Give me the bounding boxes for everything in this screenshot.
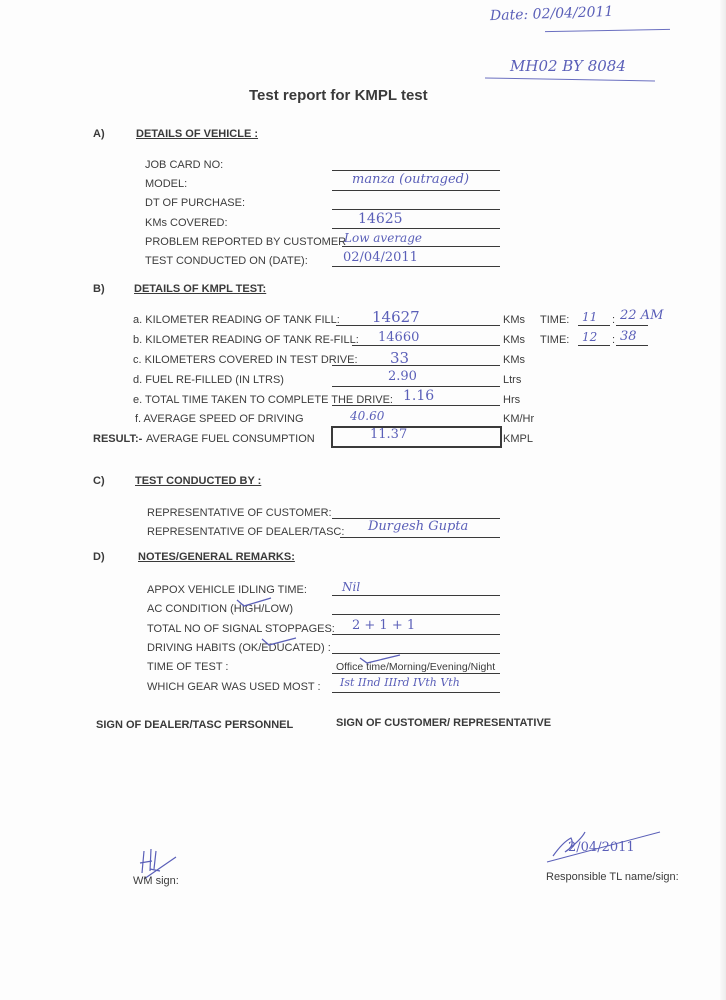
- tank-fill-hh-field[interactable]: [578, 325, 610, 326]
- result-box[interactable]: [331, 426, 502, 448]
- dealer-rep-value: Durgesh Gupta: [368, 519, 468, 534]
- avg-speed-value: 40.60: [350, 409, 384, 423]
- tank-fill-field[interactable]: [336, 325, 500, 326]
- tank-fill-time-label: TIME:: [540, 314, 569, 326]
- model-label: MODEL:: [145, 178, 187, 190]
- tank-fill-unit: KMs: [503, 314, 525, 326]
- result-value: 11.37: [370, 427, 407, 442]
- reg-underline: [485, 78, 655, 82]
- model-value: manza (outraged): [352, 172, 469, 187]
- kms-covered-value: 14625: [358, 211, 403, 227]
- km-covered-field[interactable]: [332, 365, 500, 366]
- section-b-letter: B): [93, 283, 105, 295]
- handwritten-vehicle-reg: MH02 BY 8084: [510, 57, 626, 75]
- test-date-value: 02/04/2011: [343, 250, 418, 265]
- time-colon: :: [612, 334, 615, 346]
- tank-refill-value: 14660: [378, 330, 419, 345]
- job-card-label: JOB CARD NO:: [145, 159, 223, 171]
- handwritten-date: Date: 02/04/2011: [490, 4, 614, 24]
- section-c-letter: C): [93, 475, 105, 487]
- customer-rep-label: REPRESENTATIVE OF CUSTOMER:: [147, 507, 332, 519]
- tank-refill-field[interactable]: [352, 345, 500, 346]
- purchase-date-field[interactable]: [332, 209, 500, 210]
- avg-speed-unit: KM/Hr: [503, 413, 534, 425]
- fuel-refilled-unit: Ltrs: [503, 374, 521, 386]
- section-a-letter: A): [93, 128, 105, 140]
- problem-label: PROBLEM REPORTED BY CUSTOMER: [145, 236, 346, 248]
- time-colon: :: [612, 314, 615, 326]
- tank-refill-unit: KMs: [503, 334, 525, 346]
- wm-sign-label: WM sign:: [133, 875, 179, 887]
- dealer-rep-field[interactable]: [340, 537, 500, 538]
- total-time-unit: Hrs: [503, 394, 520, 406]
- test-date-field[interactable]: [332, 266, 500, 267]
- section-d-letter: D): [93, 551, 105, 563]
- kms-covered-field[interactable]: [332, 228, 500, 229]
- purchase-date-label: DT OF PURCHASE:: [145, 197, 245, 209]
- result-label: AVERAGE FUEL CONSUMPTION: [146, 433, 315, 445]
- fuel-refilled-value: 2.90: [388, 369, 417, 384]
- tank-refill-time-label: TIME:: [540, 334, 569, 346]
- tl-sign-label: Responsible TL name/sign:: [546, 871, 679, 883]
- signal-stoppages-field[interactable]: [332, 634, 500, 635]
- tank-refill-time-mm: 38: [620, 329, 637, 344]
- tank-refill-mm-field[interactable]: [616, 345, 648, 346]
- fuel-refilled-label: d. FUEL RE-FILLED (IN LTRS): [133, 374, 284, 386]
- fuel-refilled-field[interactable]: [332, 386, 500, 387]
- page-edge: [720, 0, 726, 1000]
- idling-time-field[interactable]: [332, 595, 500, 596]
- tank-refill-label: b. KILOMETER READING OF TANK RE-FILL:: [133, 334, 359, 346]
- page-title: Test report for KMPL test: [249, 87, 428, 104]
- total-time-value: 1.16: [403, 388, 434, 404]
- date-underline: [545, 29, 670, 32]
- total-time-field[interactable]: [332, 405, 500, 406]
- driving-habits-label: DRIVING HABITS (OK/EDUCATED) :: [147, 642, 331, 654]
- time-of-test-label: TIME OF TEST :: [147, 661, 229, 673]
- checkmark-icon: [260, 635, 300, 647]
- signal-stoppages-label: TOTAL NO OF SIGNAL STOPPAGES:: [147, 623, 335, 635]
- result-prefix: RESULT:-: [93, 433, 142, 445]
- test-date-label: TEST CONDUCTED ON (DATE):: [145, 255, 308, 267]
- dealer-rep-label: REPRESENTATIVE OF DEALER/TASC:: [147, 526, 344, 538]
- problem-field[interactable]: [342, 246, 500, 247]
- km-covered-unit: KMs: [503, 354, 525, 366]
- tl-sign-date: 2/04/2011: [568, 840, 635, 855]
- section-d-title: NOTES/GENERAL REMARKS:: [138, 551, 295, 563]
- customer-sign-label: SIGN OF CUSTOMER/ REPRESENTATIVE: [336, 717, 551, 729]
- kms-covered-label: KMs COVERED:: [145, 217, 228, 229]
- gear-used-field[interactable]: [332, 692, 500, 693]
- checkmark-icon: [358, 653, 404, 665]
- tank-refill-time-hh: 12: [582, 330, 597, 344]
- section-c-title: TEST CONDUCTED BY :: [135, 475, 261, 487]
- section-b-title: DETAILS OF KMPL TEST:: [134, 283, 266, 295]
- job-card-field[interactable]: [332, 170, 500, 171]
- tank-fill-time-mm: 22 AM: [620, 308, 663, 323]
- section-a-title: DETAILS OF VEHICLE :: [136, 128, 258, 140]
- avg-speed-label: f. AVERAGE SPEED OF DRIVING: [135, 413, 304, 425]
- idling-time-label: APPOX VEHICLE IDLING TIME:: [147, 584, 307, 596]
- km-covered-label: c. KILOMETERS COVERED IN TEST DRIVE:: [133, 354, 358, 366]
- gear-used-value: Ist IInd IIIrd IVth Vth: [340, 676, 460, 689]
- gear-used-label: WHICH GEAR WAS USED MOST :: [147, 681, 321, 693]
- ac-condition-field[interactable]: [332, 614, 500, 615]
- tank-fill-value: 14627: [372, 308, 420, 326]
- dealer-sign-label: SIGN OF DEALER/TASC PERSONNEL: [96, 719, 293, 731]
- tank-fill-mm-field[interactable]: [616, 325, 648, 326]
- tank-fill-label: a. KILOMETER READING OF TANK FILL:: [133, 314, 340, 326]
- model-field[interactable]: [332, 190, 500, 191]
- checkmark-icon: [235, 596, 275, 608]
- result-unit: KMPL: [503, 433, 533, 445]
- tank-refill-hh-field[interactable]: [578, 345, 610, 346]
- tank-fill-time-hh: 11: [582, 310, 597, 324]
- problem-value: Low average: [344, 231, 422, 245]
- time-of-test-field[interactable]: [332, 673, 500, 674]
- idling-time-value: Nil: [342, 580, 360, 594]
- signal-stoppages-value: 2 + 1 + 1: [352, 618, 415, 633]
